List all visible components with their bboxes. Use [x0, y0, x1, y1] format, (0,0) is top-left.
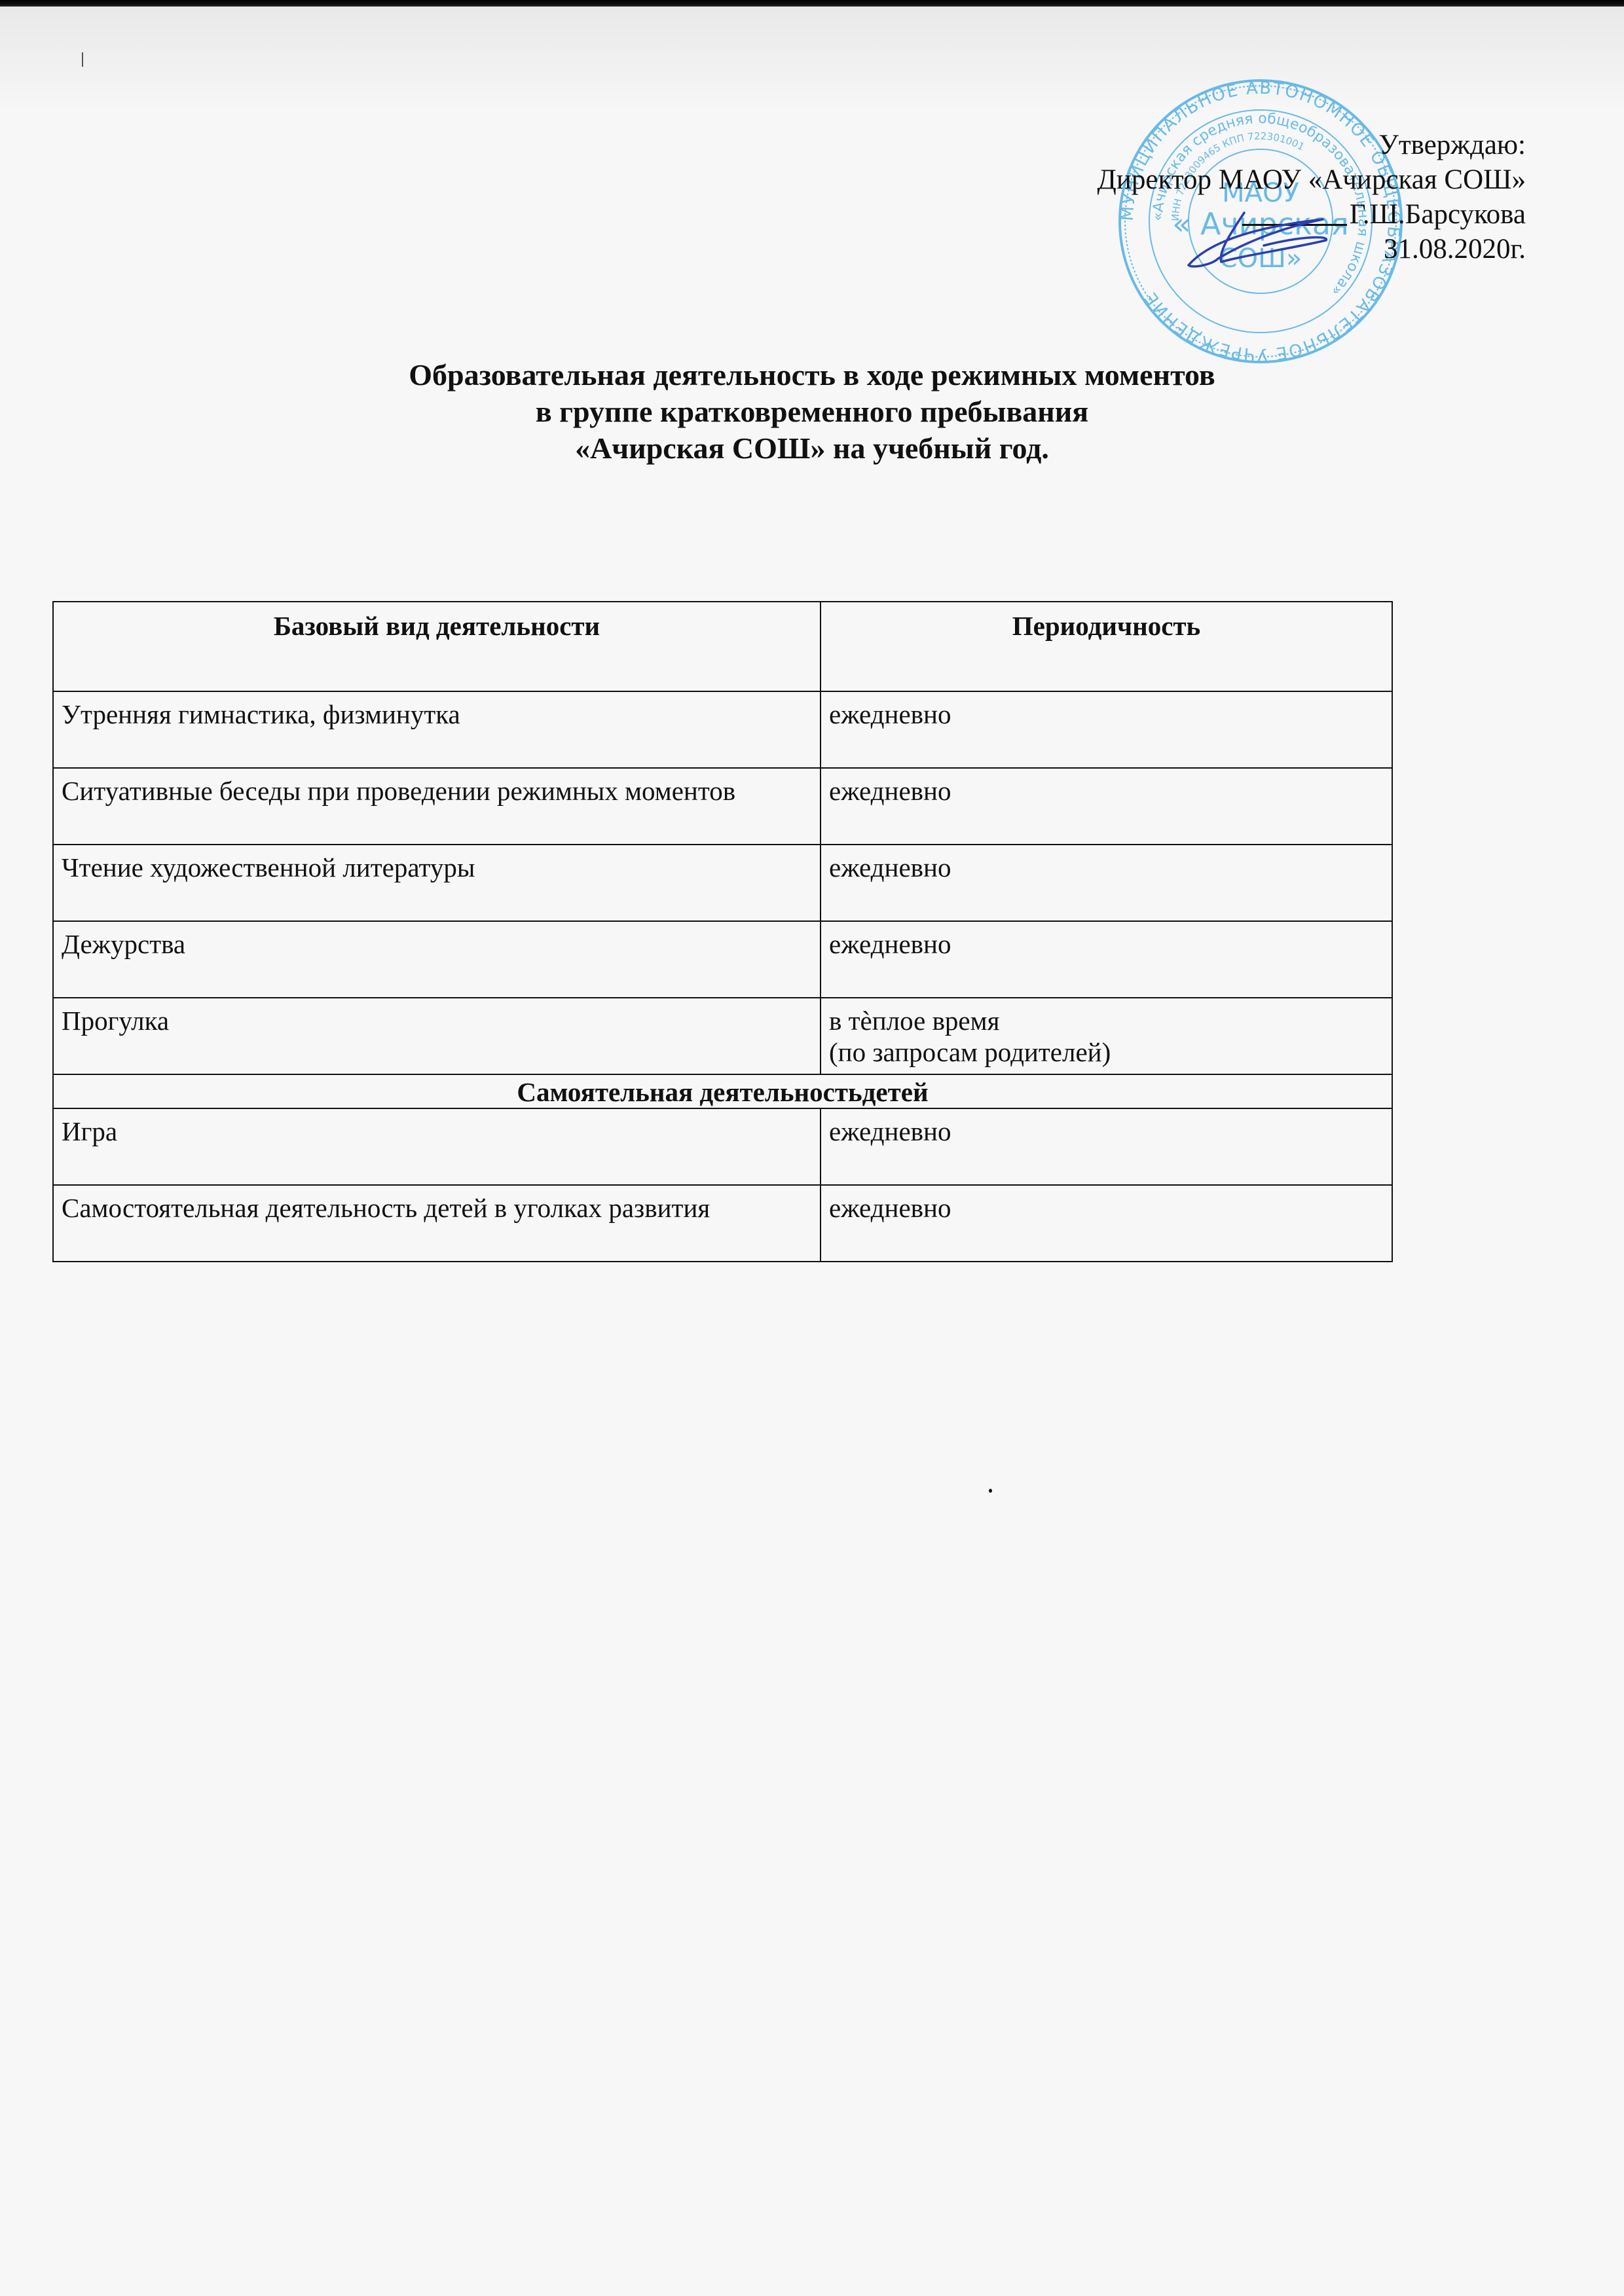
column-header-activity: Базовый вид деятельности [53, 602, 821, 691]
document-title: Образовательная деятельность в ходе режи… [0, 357, 1624, 467]
frequency-line-2: (по запросам родителей) [829, 1036, 1384, 1068]
activity-cell: Самостоятельная деятельность детей в уго… [53, 1185, 821, 1262]
signer-name: Г.Ш.Барсукова [1350, 199, 1526, 230]
activity-schedule-table: Базовый вид деятельности Периодичность У… [52, 601, 1393, 1262]
activity-cell: Дежурства [53, 921, 821, 998]
frequency-cell: ежедневно [821, 845, 1392, 921]
activity-cell: Прогулка [53, 998, 821, 1074]
frequency-cell: ежедневно [821, 768, 1392, 845]
activity-cell: Утренняя гимнастика, физминутка [53, 691, 821, 768]
director-title: Директор МАОУ «Ачирская СОШ» [1098, 162, 1526, 197]
table-row: Игра ежедневно [53, 1108, 1392, 1185]
frequency-cell: в тѐплое время (по запросам родителей) [821, 998, 1392, 1074]
frequency-cell: ежедневно [821, 1185, 1392, 1262]
activity-cell: Игра [53, 1108, 821, 1185]
frequency-cell: ежедневно [821, 691, 1392, 768]
signature-icon [1172, 200, 1342, 272]
frequency-line-1: в тѐплое время [829, 1005, 1384, 1036]
table-row: Утренняя гимнастика, физминутка ежедневн… [53, 691, 1392, 768]
title-line-2: в группе кратковременного пребывания [223, 393, 1401, 430]
activity-cell: Чтение художественной литературы [53, 845, 821, 921]
table-header-row: Базовый вид деятельности Периодичность [53, 602, 1392, 691]
frequency-cell: ежедневно [821, 921, 1392, 998]
stray-dot [989, 1489, 992, 1493]
scan-top-edge [0, 0, 1624, 7]
table-row: Самостоятельная деятельность детей в уго… [53, 1185, 1392, 1262]
table-section-row: Самоятельная деятельностьдетей [53, 1074, 1392, 1108]
title-line-3: «Ачирская СОШ» на учебный год. [223, 430, 1401, 467]
section-title: Самоятельная деятельностьдетей [53, 1074, 1392, 1108]
activity-cell: Ситуативные беседы при проведении режимн… [53, 768, 821, 845]
approval-heading: Утверждаю: [1098, 128, 1526, 162]
scan-speck [82, 52, 83, 67]
frequency-cell: ежедневно [821, 1108, 1392, 1185]
table-row: Прогулка в тѐплое время (по запросам род… [53, 998, 1392, 1074]
table-row: Дежурства ежедневно [53, 921, 1392, 998]
column-header-frequency: Периодичность [821, 602, 1392, 691]
table-row: Чтение художественной литературы ежеднев… [53, 845, 1392, 921]
table-row: Ситуативные беседы при проведении режимн… [53, 768, 1392, 845]
